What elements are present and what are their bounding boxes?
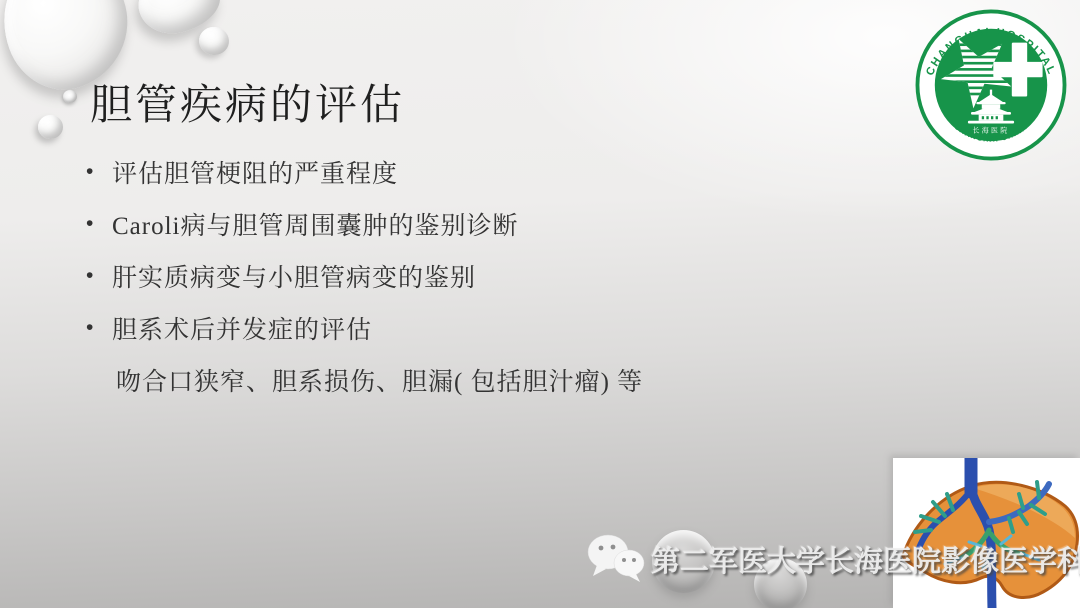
bullet-text: 评估胆管梗阻的严重程度 — [112, 154, 398, 190]
bullet-text: 肝实质病变与小胆管病变的鉴别 — [112, 258, 476, 294]
bullet-marker: • — [86, 264, 112, 288]
logo-pagoda-label: 长海医院 — [973, 126, 1010, 135]
bullet-item: • 肝实质病变与小胆管病变的鉴别 — [86, 250, 643, 302]
droplet-decoration — [38, 115, 63, 139]
bullet-text: 胆系术后并发症的评估 — [112, 310, 372, 346]
watermark-text: 第二军医大学长海医院影像医学科 — [651, 539, 1080, 580]
bullet-item: • 评估胆管梗阻的严重程度 — [86, 146, 643, 198]
wechat-icon — [585, 531, 647, 587]
sub-bullet-item: 吻合口狭窄、胆系损伤、胆漏( 包括胆汁瘤) 等 — [86, 354, 643, 406]
bullet-marker: • — [86, 316, 112, 340]
bullet-marker: • — [86, 212, 112, 236]
bullet-marker: • — [86, 160, 112, 184]
bullet-item: • Caroli病与胆管周围囊肿的鉴别诊断 — [86, 198, 643, 250]
bullet-text: Caroli病与胆管周围囊肿的鉴别诊断 — [112, 206, 519, 242]
changhai-hospital-logo: CHANGHAI HOSPITAL SHANGHAI CHINA — [914, 8, 1068, 162]
bullet-list: • 评估胆管梗阻的严重程度 • Caroli病与胆管周围囊肿的鉴别诊断 • 肝实… — [86, 146, 643, 406]
droplet-decoration — [197, 25, 231, 57]
droplet-decoration — [63, 90, 77, 103]
sub-bullet-text: 吻合口狭窄、胆系损伤、胆漏( 包括胆汁瘤) 等 — [116, 362, 643, 398]
footer-watermark: 第二军医大学长海医院影像医学科 — [585, 531, 1080, 587]
presentation-slide: 胆管疾病的评估 • 评估胆管梗阻的严重程度 • Caroli病与胆管周围囊肿的鉴… — [0, 0, 1080, 608]
slide-title: 胆管疾病的评估 — [90, 72, 405, 132]
bullet-item: • 胆系术后并发症的评估 — [86, 302, 643, 354]
